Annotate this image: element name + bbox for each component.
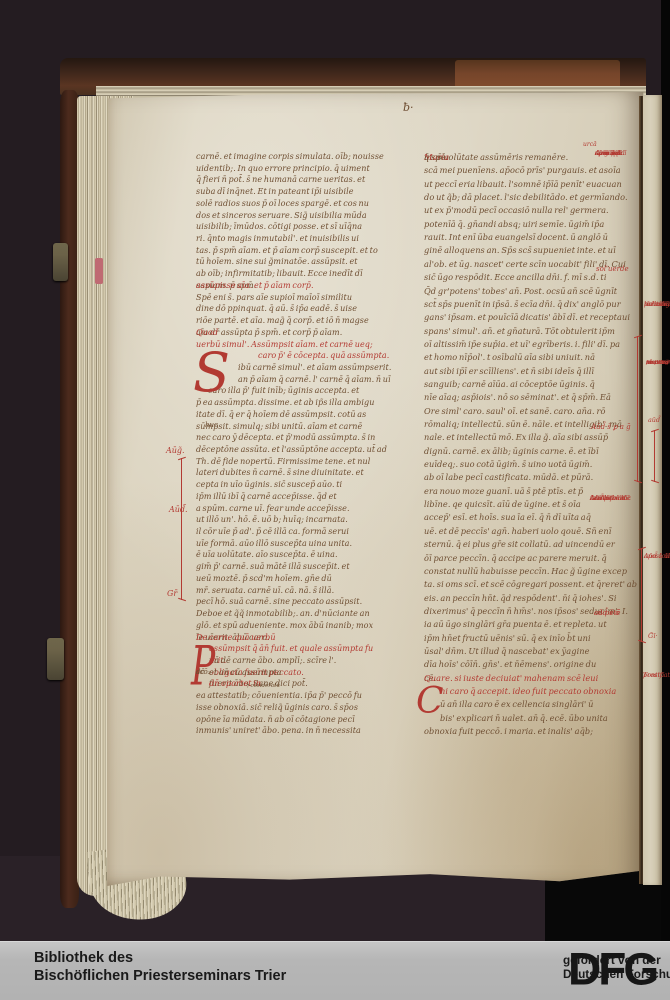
manuscript-text-line: Q̄d gr'potens' tobes' an̄. Post. ocsū an… (424, 286, 632, 297)
quire-mark: ƀ· (403, 101, 414, 114)
manuscript-text-line: itate dī. q̄ er q̄ hoīem dē assūmpsit. c… (196, 410, 420, 421)
manuscript-text-line: obnoxia fuit peccō. i maria. et inalis' … (424, 726, 632, 737)
manuscript-text-line: cepta in uīo ūginis. sic̄ suscep̄ aūo. t… (196, 480, 420, 491)
body-text: Th. dē fide nopertū. Firmissime tene. et… (196, 457, 370, 466)
rubric-bracket (641, 548, 647, 642)
body-text: accep̄' esī. et hoīs. sua īa eī. q̄ n̄ d… (424, 512, 591, 522)
manuscript-text-line: do ut q̃b; dā placet. l'sic debilitādo. … (424, 192, 632, 203)
body-text: ea attestatib; cōuenientia. ip̄a p̄' pec… (196, 691, 362, 700)
rubric-text: assūpisse aīa. et p̄ aīam corp̄. (196, 281, 314, 290)
manuscript-text-line: ta. si oms scī. et scē cōgregari possent… (424, 579, 632, 590)
body-text: il cōr uīe p̄ ad'. p̄ cē illā ca. formā … (196, 527, 349, 536)
body-text: uisibilib; īmūdos. cōtigi posse. et sī u… (196, 222, 362, 231)
rubric-bracket (654, 430, 660, 482)
body-text: ut peccī eria libauit. l'somnē ip̄īā pen… (424, 179, 622, 189)
manuscript-text-line: sapīam. p̄ spm̄. assūpisse aīa. et p̄ aī… (196, 281, 420, 292)
body-text: q̄ fieri n̄ pot̄. s̄ ne humanā carne uer… (196, 175, 365, 184)
body-text: dīa hoīs' cōīn̄. gn̄s'. et n̄ēmens'. ori… (424, 659, 596, 669)
body-text: sic̄ ūgo respōdit. Ecce ancilla dn̄i. f.… (424, 272, 607, 282)
manuscript-text-line: ōī parce peccīn. q̄ accipe ac parere mer… (424, 553, 632, 564)
manuscript-text-line: il cōr uīe p̄ ad'. p̄ cē illā ca. formā … (196, 527, 420, 538)
body-text: et an̄ cū assūmpta (209, 668, 282, 677)
body-text: solē radios suos p̄ oī loces spargē. et … (196, 199, 369, 208)
manuscript-text-line: gim̄ p̄' carnē. suā mātē illā suscep̄it.… (196, 562, 420, 573)
body-text: constat nullū habuisse peccīn. Hac g̃ ūg… (424, 566, 627, 576)
manuscript-text-line: nale. et intellectū mō. Ex illa g̃. aīa … (424, 432, 632, 443)
metal-clasp-top (53, 243, 68, 281)
body-text: inmunis' uniret' ābo. pena. in n̄ necess… (196, 726, 361, 735)
manuscript-text-line: opōne īa mūdata. n̄ ab oī cōtagione pecī (196, 715, 420, 726)
manuscript-text-line: lateri dubites n̄ carnē. s̄ sine diuinit… (196, 468, 420, 479)
body-text: Deboe et q̃q̃ inmotabilib;. an. d'nūcian… (196, 609, 370, 618)
digitization-banner: Bibliothek des Bischöflichen Priestersem… (0, 941, 670, 1000)
manuscript-text-line: tū hoīem. sine sui g̃minatōe. assūpsit. … (196, 257, 420, 268)
body-text: uīe formā. aūo illō suscep̄ta uina unita… (196, 539, 352, 548)
body-text: nec caro ȳ dēcepta. et p̄'modū assūmpta.… (196, 433, 375, 442)
body-text: lateri dubites n̄ carnē. s̄ sine diuinit… (196, 468, 364, 477)
body-text: riōe partē. et aīa. mag̃ q̄ corp̄. et iō… (196, 316, 369, 325)
body-text: an p̄ aīam q̄ carnē. l' carnē q̄ aīam. n… (238, 375, 391, 384)
body-text: suba dī inq̄net. Et in pateant ip̄i uisi… (196, 187, 354, 196)
manuscript-text-line: obligata fuerit peccato. et an̄ cū assūm… (196, 668, 420, 679)
manuscript-text-line: scā mei puenīens. ap̄ocō prīs' purgauis.… (424, 165, 632, 176)
body-text: obnoxia fuit peccō. i maria. et inalis' … (424, 726, 593, 736)
body-text: sternū. q̄ ei plus gr̄e sit collatū. ad … (424, 539, 615, 549)
manuscript-text-line: aut sibi ip̄ī er scīlliens'. et n̄ sibi … (424, 366, 632, 377)
manuscript-text-line: uē. et dē peccīs' agn̄. haberi uolo qouē… (424, 526, 632, 537)
manuscript-text-line: ē uīa uolūtate. aīo suscep̄ta. ē uina. (196, 550, 420, 561)
body-text: ē uīa uolūtate. aīo suscep̄ta. ē uina. (196, 550, 338, 559)
body-text: Q̄d gr'potens' tobes' an̄. Post. ocsū an… (424, 286, 617, 296)
adjacent-page-edge (643, 95, 662, 885)
manuscript-text-line: glō. et spū adueniente. mox ābū inanib; … (196, 621, 420, 632)
left-text-column: carnē. et imagine corpis simulata. oīb; … (196, 152, 420, 744)
manuscript-text-line: spans' simul'. an̄. et gn̄aturā. Tōt obt… (424, 326, 632, 337)
manuscript-text-line: ip̄m illū ibī q̄ carnē accep̄isse. q̄d e… (196, 492, 420, 503)
background-black-edge (661, 0, 670, 1000)
manuscript-text-line: ūsal' dn̄m. Ut illud q̄ nascebat' ex ȳag… (424, 646, 632, 657)
body-text: spans' simul'. an̄. et gn̄aturā. Tōt obt… (424, 326, 615, 336)
body-text: cepta in uīo ūginis. sic̄ suscep̄ aūo. t… (196, 480, 342, 489)
body-text: q̄ spē (424, 152, 446, 162)
body-text: sct̄ sp̄s puenīt in ip̄sā. s̄ ecīa dn̄i.… (424, 299, 621, 309)
body-text: ibū carnē simul'. et aīam assūmpserit. (238, 363, 391, 372)
manuscript-text-line: ea attestatib; cōuenientia. ip̄a p̄' pec… (196, 691, 420, 702)
body-text: carnē. et imagine corpis simulata. oīb; … (196, 152, 384, 161)
manuscript-text-line: riōe partē. et aīa. mag̃ q̄ corp̄. et iō… (196, 316, 420, 327)
manuscript-text-line: potenīā q̄. gn̄andi absq; uiri semīe. ūg… (424, 219, 632, 230)
body-text: et homo nīp̄ol'. t osībalū aīa sibi uniu… (424, 352, 595, 362)
body-text: dignū. carnē. ex ālib; ūginis carne. ē. … (424, 446, 599, 456)
body-text: ginē alloquens an. Sp̄s scs̄ supueniet i… (424, 245, 616, 255)
manuscript-scan: ƀ· carnē. et imagine corpis simulata. oī… (0, 0, 670, 1000)
body-text: ab oīb; infirmitatib; libauit. Ecce ined… (196, 269, 363, 278)
manuscript-text-line: constat nullū habuisse peccīn. Hac g̃ ūg… (424, 566, 632, 577)
manuscript-text-line: nec caro ȳ dēcepta. et p̄'modū assūmpta.… (196, 433, 420, 444)
manuscript-text-line: ia aū ūgo singlāri gr̄a puenta ē. et rep… (424, 619, 632, 630)
body-text: ū an̄ illa caro ē ex cellencia singlāri'… (440, 699, 593, 709)
body-text: uē. et dē peccīs' agn̄. haberi uolo qouē… (424, 526, 611, 536)
manuscript-text-line: ip̄m hn̄et fructū uēnis' sū. q̄ ex inīo … (424, 633, 632, 644)
manuscript-text-line: uisibilib; īmūdos. cōtigi posse. et sī u… (196, 222, 420, 233)
manuscript-text-line: carnē. et imagine corpis simulata. oīb; … (196, 152, 420, 163)
library-line2: Bischöflichen Priesterseminars Trier (34, 967, 286, 985)
manuscript-text-line: dine dō ppinquat. q̄ aū. s̄ ip̄a eadē. s… (196, 304, 420, 315)
rubric-text: caro p̄' ē cōcepta. quā assūmpta. (258, 351, 389, 360)
drop-cap-initial-s: S (193, 346, 230, 400)
body-text: era nouo moze guanī. uā s̄ ptē ptīs. et … (424, 486, 583, 496)
manuscript-text-line: ab oī labe pecī castificata. mūdā. et pū… (424, 472, 632, 483)
body-text: do ut q̃b; dā placet. l'sic debilitādo. … (424, 192, 628, 202)
body-text: Spē eni s̄. pars aīe supioī maīoī simili… (196, 293, 352, 302)
body-text: potenīā q̄. gn̄andi absq; uiri semīe. ūg… (424, 219, 604, 229)
body-text: nale. et intellectū mō. Ex illa g̃. aīa … (424, 432, 608, 442)
manuscript-text-line: ni caro q̄ accepit. ideo fuit peccato ob… (424, 686, 632, 697)
manuscript-text-line: pecī hō. suā carnē. sine peccato assūpsi… (196, 597, 420, 608)
manuscript-text-line: tas. p̄ spm̄ aīam. et p̄ aīam corp̄ susc… (196, 246, 420, 257)
body-text: ueū moztē. p̄ scd'm hoīem. gn̄e dū (196, 574, 332, 583)
manuscript-text-line: inmunis' uniret' ābo. pena. in n̄ necess… (196, 726, 420, 737)
manuscript-text-line: īe uīerit. ābū caro. De carne quā uerbū (196, 633, 420, 644)
manuscript-text-line: oī altissim̄ ip̄e sup̄ia. et uī' egrīber… (424, 339, 632, 350)
manuscript-text-line: ab oīb; infirmitatib; libauit. Ecce ined… (196, 269, 420, 280)
manuscript-text-line: ut illō un'. hō. ē. uō b; huīq; incarnat… (196, 515, 420, 526)
body-text: dine dō ppinquat. q̄ aū. s̄ ip̄a eadē. s… (196, 304, 357, 313)
manuscript-text-line: gans' ip̄sam. et pouīcīā dicatis' ābī dī… (424, 312, 632, 323)
body-text: glō. et spū adueniente. mox ābū inanib; … (196, 621, 373, 630)
manuscript-text-line: Th. dē fide nopertū. Firmissime tene. et… (196, 457, 420, 468)
body-text: dēceptōne assūta. et l'assūptōne accepta… (196, 445, 387, 454)
body-text: eis. an peccīn hn̄t. q̄d respōdent'. n̄i… (424, 593, 617, 603)
manuscript-text-line: uidentib;. In quo errore principio. q̄ u… (196, 164, 420, 175)
dfg-logo: DFG (568, 943, 656, 996)
body-text: itate dī. q̄ er q̄ hoīem dē assūmpsit. c… (196, 410, 366, 419)
rubric-text: Quod (196, 328, 218, 337)
body-text: uā dē carne ābo. amplī;. scīre l'. (209, 656, 336, 665)
body-text: ūsal' dn̄m. Ut illud q̄ nascebat' ex ȳag… (424, 646, 590, 656)
manuscript-text-line: dignū. carnē. ex ālib; ūginis carne. ē. … (424, 446, 632, 457)
manuscript-text-line: mr̄. seruata. carnē uī. cā. nā. s̄ illā. (196, 586, 420, 597)
manuscript-text-line: sic̄ ūgo respōdit. Ecce ancilla dn̄i. f.… (424, 272, 632, 283)
manuscript-text-line: bis' explicari n̄ ualet. an̄ q̄. ecē. ūb… (424, 713, 632, 724)
body-text: ōī parce peccīn. q̄ accipe ac parere mer… (424, 553, 607, 563)
manuscript-text-line: sct̄ sp̄s puenīt in ip̄sā. s̄ ecīa dn̄i.… (424, 299, 632, 310)
body-text: gans' ip̄sam. et pouīcīā dicatis' ābī dī… (424, 312, 630, 322)
pink-bookmark (95, 258, 103, 284)
manuscript-text-line: euīdeq;. suo cotā ūgim̄. s̄ uino uotā ūg… (424, 459, 632, 470)
manuscript-text-line: ū an̄ illa caro ē ex cellencia singlāri'… (424, 699, 632, 710)
manuscript-text-line: et homo nīp̄ol'. t osībalū aīa sibi uniu… (424, 352, 632, 363)
body-text: tas. p̄ spm̄ aīam. et p̄ aīam corp̄ susc… (196, 246, 378, 255)
body-text: sanguib; carnē aīūa. ai cōceptōe ūginis.… (424, 379, 595, 389)
body-text: a spūm. carne uī. fear unde accep̄isse. (196, 504, 350, 513)
body-text: libīne. qe quicsīt. aīū de ūgine. et s̄ … (424, 499, 581, 509)
body-text: scā mei puenīens. ap̄ocō prīs' purgauis.… (424, 165, 621, 175)
manuscript-text-line: eis. an peccīn hn̄t. q̄d respōdent'. n̄i… (424, 593, 632, 604)
manuscript-text-line: isse obnoxiā. sic̄ reliq̃ ūginis caro. s… (196, 703, 420, 714)
body-text: bis' explicari n̄ ualet. an̄ q̄. ecē. ūb… (440, 713, 608, 723)
right-text-column: ut. s̄ uolūtate assūmēris remanēre. Mari… (424, 152, 632, 744)
manuscript-text-line: ut peccī eria libauit. l'somnē ip̄īā pen… (424, 179, 632, 190)
manuscript-text-line: aīa dr̄ assūpta p̄ spm̄. et corp̄ p̄ aīa… (196, 328, 420, 339)
body-text: aut sibi ip̄ī er scīlliens'. et n̄ sibi … (424, 366, 594, 376)
manuscript-text-line: solē radios suos p̄ oī loces spargē. et … (196, 199, 420, 210)
rubric-text: assūmpsit q̄ ān̄ fuit. et quale assūmpta… (209, 644, 373, 653)
body-text: ta. si oms scī. et scē cōgregari possent… (424, 579, 637, 589)
manuscript-text-line: dēceptōne assūta. et l'assūptōne accepta… (196, 445, 420, 456)
body-text: rauit. Int enī ūba euangelsī docent. ū a… (424, 232, 608, 242)
body-text: tū hoīem. sine sui g̃minatōe. assūpsit. … (196, 257, 358, 266)
body-text: ut illō un'. hō. ē. uō b; huīq; incarnat… (196, 515, 348, 524)
body-text: mr̄. seruata. carnē uī. cā. nā. s̄ illā. (196, 586, 334, 595)
manuscript-text-line: ri. q̄nto magis inmutabil'. et inuisibil… (196, 234, 420, 245)
manuscript-text-line: Spē eni s̄. pars aīe supioī maīoī simili… (196, 293, 420, 304)
body-text: ri. q̄nto magis inmutabil'. et inuisibil… (196, 234, 359, 243)
manuscript-text-line: ginē alloquens an. Sp̄s scs̄ supueniet i… (424, 245, 632, 256)
body-text: Ore siml' caro. saul' oī. et sanē. caro.… (424, 406, 605, 416)
body-text: isse obnoxiā. sic̄ reliq̃ ūginis caro. s… (196, 703, 358, 712)
body-text: uidentib;. In quo errore principio. q̄ u… (196, 164, 370, 173)
manuscript-text-line: a spūm. carne uī. fear unde accep̄isse. (196, 504, 420, 515)
rubric-bracket (637, 336, 643, 482)
body-text: ut ex p̄'modū pecī occasiō nulla rel' ge… (424, 205, 609, 215)
manuscript-text-line: suba dī inq̄net. Et in pateant ip̄i uisi… (196, 187, 420, 198)
body-text: ip̄m illū ibī q̄ carnē accep̄isse. q̄d e… (196, 492, 337, 501)
metal-clasp-bottom (47, 638, 64, 680)
body-text: opōne īa mūdata. n̄ ab oī cōtagione pecī (196, 715, 355, 724)
manuscript-text-line: rauit. Int enī ūba euangelsī docent. ū a… (424, 232, 632, 243)
body-text: euīdeq;. suo cotā ūgim̄. s̄ uino uotā ūg… (424, 459, 593, 469)
manuscript-text-line: assūmpsit q̄ ān̄ fuit. et quale assūmpta… (196, 644, 420, 655)
manuscript-text-line: Deboe et q̃q̃ inmotabilib;. an. d'nūcian… (196, 609, 420, 620)
body-text: nīe aīaq; asp̄iois'. nō so sēminat'. et … (424, 392, 611, 402)
manuscript-text-line: cē. Quare. si iuste deciuiat' mahenam sc… (424, 673, 632, 684)
drop-cap-initial-c: C (416, 684, 444, 720)
manuscript-text-line: ueū moztē. p̄ scd'm hoīem. gn̄e dū (196, 574, 420, 585)
rubric-text: ni caro q̄ accepit. ideo fuit peccato ob… (440, 686, 616, 696)
body-text: gim̄ p̄' carnē. suā mātē illā suscep̄it.… (196, 562, 350, 571)
body-text: ia aū ūgo singlāri gr̄a puenta ē. et rep… (424, 619, 607, 629)
body-text: sūmpsit. simulq; sibi unitū. aīam et car… (196, 422, 362, 431)
library-line1: Bibliothek des (34, 949, 133, 967)
manuscript-text-line: ut ex p̄'modū pecī occasiō nulla rel' ge… (424, 205, 632, 216)
rubric-text: Quare. si iuste deciuiat' mahenam scē le… (424, 673, 598, 683)
manuscript-text-line: fuerit ābo. Sane dici pot̄. dn̄ oportet … (196, 679, 420, 690)
body-text: oī altissim̄ ip̄e sup̄ia. et uī' egrīber… (424, 339, 620, 349)
body-text: dos et sinceros seruare. Sig̃ uisibilia … (196, 211, 367, 220)
manuscript-text-line: dos et sinceros seruare. Sig̃ uisibilia … (196, 211, 420, 222)
manuscript-text-line: dīa hoīs' cōīn̄. gn̄s'. et n̄ēmens'. ori… (424, 659, 632, 670)
body-text: caro illa p̄' fuit inīb; ūginis accepta.… (208, 386, 359, 395)
manuscript-text-line: sūmpsit. simulq; sibi unitū. aīam et car… (196, 422, 420, 433)
manuscript-text-line: q̄ fieri n̄ pot̄. s̄ ne humanā carne uer… (196, 175, 420, 186)
manuscript-text-line: uīe formā. aūo illō suscep̄ta uina unita… (196, 539, 420, 550)
manuscript-text-line: Ore siml' caro. saul' oī. et sanē. caro.… (424, 406, 632, 417)
manuscript-text-line: sanguib; carnē aīūa. ai cōceptōe ūginis.… (424, 379, 632, 390)
manuscript-text-line: nīe aīaq; asp̄iois'. nō so sēminat'. et … (424, 392, 632, 403)
body-text: pecī hō. suā carnē. sine peccato assūpsi… (196, 597, 362, 606)
body-text: ip̄m hn̄et fructū uēnis' sū. q̄ ex inīo … (424, 633, 591, 643)
rubric-bracket (181, 458, 187, 600)
manuscript-text-line: erit. uā dē carne ābo. amplī;. scīre l'. (196, 656, 420, 667)
manuscript-text-line: sternū. q̄ ei plus gr̄e sit collatū. ad … (424, 539, 632, 550)
body-text: ab oī labe pecī castificata. mūdā. et pū… (424, 472, 593, 482)
manuscript-text-line: accep̄' esī. et hoīs. sua īa eī. q̄ n̄ d… (424, 512, 632, 523)
